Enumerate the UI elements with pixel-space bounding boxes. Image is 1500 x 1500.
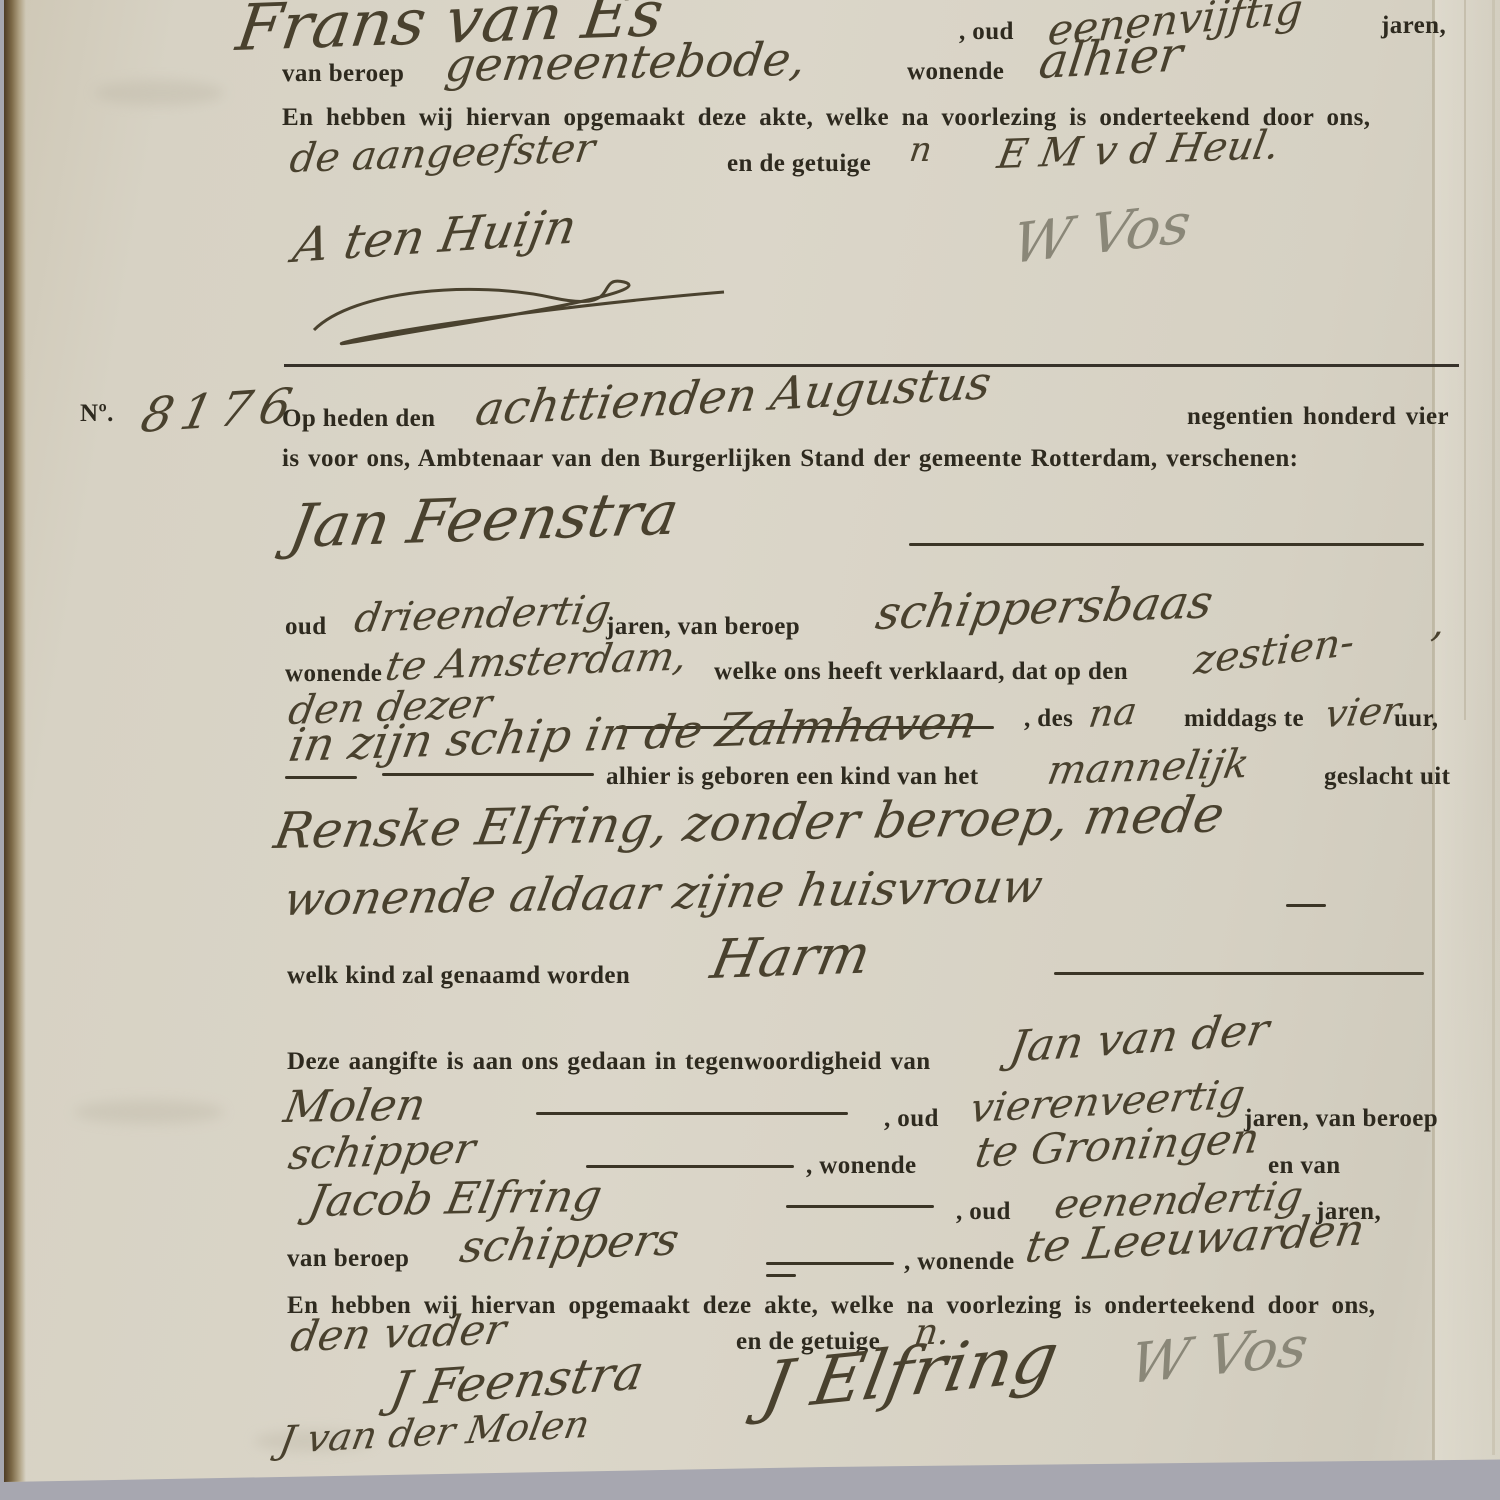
uur-label: uur, <box>1394 705 1438 733</box>
book-binding-edge <box>4 0 26 1500</box>
record-number-label: Nº. <box>80 400 114 428</box>
signature-flourish <box>294 270 764 360</box>
year-label: negentien honderd vier <box>1187 403 1449 431</box>
date-handwritten: achttienden Augustus <box>472 355 995 436</box>
fill-line <box>536 1112 848 1115</box>
page-fold-line <box>1464 0 1466 720</box>
father-residence-handwritten: te Amsterdam, <box>382 634 691 690</box>
scanned-register-page: Frans van Es , oud eenenvijftig jaren, v… <box>0 0 1500 1500</box>
fill-line <box>766 1274 796 1277</box>
prev-signature-heul: E M v d Heul. <box>994 122 1283 178</box>
child-name-handwritten: Harm <box>706 923 876 991</box>
prev-jaren-label: jaren, <box>1381 12 1446 40</box>
prev-signature-tenhuijn: A ten Huijn <box>289 199 581 274</box>
witness1-name-b-handwritten: Molen <box>280 1080 429 1133</box>
signer-role-handwritten: den vader <box>287 1305 510 1361</box>
jaren-van-beroep-label-witness1: jaren, van beroep <box>1244 1105 1438 1133</box>
verklaard-label: welke ons heeft verklaard, dat op den <box>714 658 1128 686</box>
fill-line <box>1286 904 1326 907</box>
prev-declarant-role-handwritten: de aangeefster <box>287 125 598 182</box>
witness2-occupation-handwritten: schippers <box>456 1215 683 1273</box>
hour-handwritten: vier <box>1322 688 1404 736</box>
wonende-label-witness1: , wonende <box>806 1152 917 1180</box>
record-number-handwritten: 8176 <box>136 377 305 444</box>
signature-vos-pencil: W Vos <box>1126 1314 1312 1397</box>
fill-line <box>586 1165 794 1168</box>
prev-signature-vos-pencil: W Vos <box>1009 191 1194 277</box>
van-beroep-label-witness2: van beroep <box>287 1245 409 1273</box>
daypart-handwritten: na <box>1086 689 1140 736</box>
fill-line <box>786 1205 934 1208</box>
prev-getuige-label: en de getuige <box>727 150 871 178</box>
fill-line <box>909 543 1424 546</box>
aangifte-label: Deze aangifte is aan ons gedaan in tegen… <box>287 1048 931 1076</box>
father-age-handwritten: drieendertig <box>351 587 614 642</box>
mother-line2-handwritten: wonende aldaar zijne huisvrouw <box>280 859 1047 926</box>
page-fore-edge-shade <box>1434 0 1500 1460</box>
birth-day-handwritten-1: zestien- <box>1192 619 1356 684</box>
oud-label-witness1: , oud <box>884 1105 939 1133</box>
prev-wonende-label: wonende <box>907 58 1004 86</box>
ink-bleed-smudge <box>94 80 224 106</box>
wonende-label-witness2: , wonende <box>904 1248 1015 1276</box>
mother-name-line1-handwritten: Renske Elfring, zonder beroep, mede <box>270 786 1229 860</box>
fill-line <box>766 1262 894 1265</box>
prev-van-beroep-label: van beroep <box>282 60 404 88</box>
signature-van-der-molen: J van der Molen <box>276 1402 593 1462</box>
oud-label: oud <box>285 613 327 641</box>
middags-label: middags te <box>1184 705 1304 733</box>
father-name-handwritten: Jan Feenstra <box>284 479 684 562</box>
witness1-occupation-handwritten: schipper <box>285 1124 479 1179</box>
fill-line <box>382 773 594 776</box>
paper-sheet: Frans van Es , oud eenenvijftig jaren, v… <box>4 0 1500 1500</box>
wonende-label: wonende <box>285 660 382 688</box>
prev-woonplaats-handwritten: alhier <box>1036 27 1186 90</box>
father-occupation-handwritten: schippersbaas <box>872 574 1217 640</box>
prev-beroep-handwritten: gemeentebode, <box>442 32 809 92</box>
oud-label-witness2: , oud <box>956 1198 1011 1226</box>
op-heden-label: Op heden den <box>282 405 435 433</box>
prev-oud-label: , oud <box>959 18 1014 46</box>
intro-line: is voor ons, Ambtenaar van den Burgerlij… <box>282 445 1298 473</box>
geslacht-label: geslacht uit <box>1324 763 1450 791</box>
alhier-geboren-label: alhier is geboren een kind van het <box>606 763 978 791</box>
des-label: , des <box>1024 705 1073 733</box>
fill-line <box>1054 972 1424 975</box>
prev-getuige-suffix-handwritten: n <box>907 130 935 170</box>
ink-bleed-smudge <box>74 1100 224 1124</box>
fill-line <box>285 776 357 779</box>
child-name-label: welk kind zal genaamd worden <box>287 962 630 990</box>
page-edge-line <box>1492 0 1495 1455</box>
witness1-name-a-handwritten: Jan van der <box>1006 1004 1273 1073</box>
